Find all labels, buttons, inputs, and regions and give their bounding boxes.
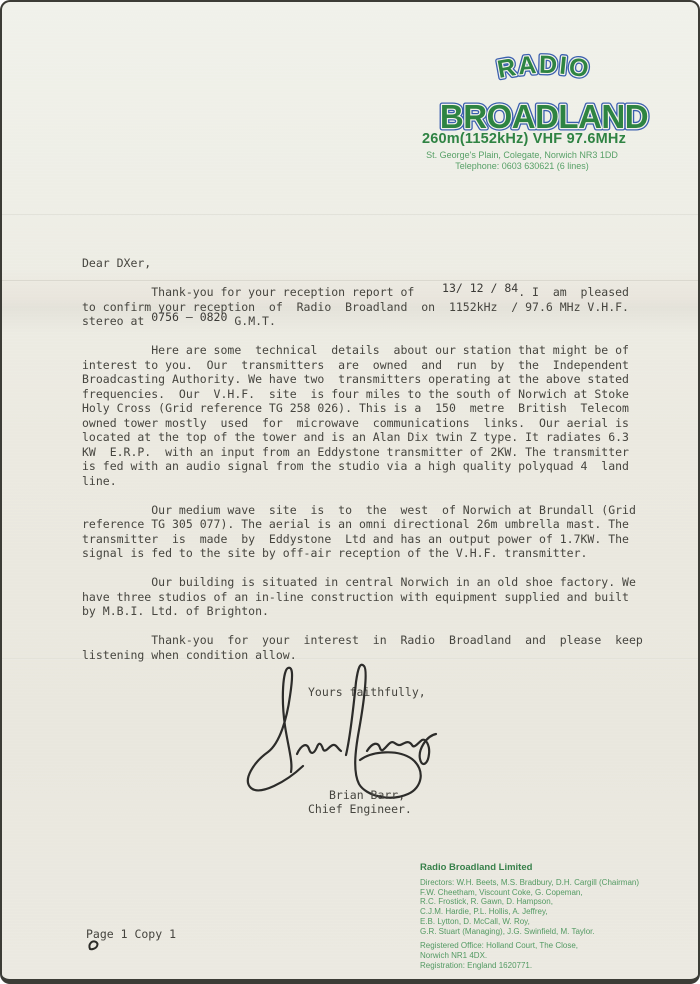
list-line: F.W. Cheetham, Viscount Coke, G. Copeman…: [420, 888, 685, 898]
pen-mark-icon: [87, 939, 101, 953]
list-line: G.R. Stuart (Managing), J.G. Swinfield, …: [420, 927, 685, 937]
typed-line: [82, 271, 643, 286]
typed-line: located at the top of the tower and is a…: [82, 430, 643, 445]
signer-name: Brian Barr,: [329, 788, 405, 802]
typed-line: Thank-you for your interest in Radio Bro…: [82, 633, 643, 648]
typed-line: signal is fed to the site by off-air rec…: [82, 546, 643, 561]
typed-fill-in: 0756 – 0820: [151, 310, 227, 324]
typed-line: [82, 488, 643, 503]
list-line: Directors: W.H. Beets, M.S. Bradbury, D.…: [420, 878, 685, 888]
signer-title: Chief Engineer.: [308, 802, 412, 816]
letter-page: RADIO BROADLAND RADIO BROADLAND RADIO BR…: [0, 0, 700, 984]
letter-body-text: Dear DXer, Thank-you for your reception …: [82, 256, 643, 662]
svg-text:BROADLAND: BROADLAND: [440, 98, 648, 135]
footer-registered-office: Registered Office: Holland Court, The Cl…: [420, 941, 685, 970]
list-line: E.B. Lytton, D. McCall, W. Roy,: [420, 917, 685, 927]
typed-line: frequencies. Our V.H.F. site is four mil…: [82, 387, 643, 402]
typed-line: Our building is situated in central Norw…: [82, 575, 643, 590]
typed-line: is fed with an audio signal from the stu…: [82, 459, 643, 474]
typed-segment: Thank-you for your reception report of: [82, 285, 442, 299]
typed-segment: stereo at: [82, 314, 151, 328]
typed-line: KW E.R.P. with an input from an Eddyston…: [82, 445, 643, 460]
station-address-line2: Telephone: 0603 630621 (6 lines): [382, 161, 662, 172]
list-line: C.J.M. Hardie, P.L. Hollis, A. Jeffrey,: [420, 907, 685, 917]
list-line: R.C. Frostick, R. Gawn, D. Hampson,: [420, 897, 685, 907]
footer-company-name: Radio Broadland Limited: [420, 862, 685, 873]
typed-segment: . I am pleased: [518, 285, 629, 299]
typed-line: Holy Cross (Grid reference TG 258 026). …: [82, 401, 643, 416]
typed-line: [82, 329, 643, 344]
footer-company-block: Radio Broadland Limited Directors: W.H. …: [420, 862, 685, 970]
svg-text:RADIO: RADIO: [495, 51, 593, 84]
typed-line: reference TG 305 077). The aerial is an …: [82, 517, 643, 532]
typed-line: transmitter is made by Eddystone Ltd and…: [82, 532, 643, 547]
typed-line: interest to you. Our transmitters are ow…: [82, 358, 643, 373]
typed-line: Thank-you for your reception report of 1…: [82, 285, 643, 300]
list-line: Registered Office: Holland Court, The Cl…: [420, 941, 685, 951]
closing-valediction: Yours faithfully,: [308, 685, 426, 699]
typed-line: stereo at 0756 – 0820 G.M.T.: [82, 314, 643, 329]
typed-line: Here are some technical details about ou…: [82, 343, 643, 358]
footer-directors-list: Directors: W.H. Beets, M.S. Bradbury, D.…: [420, 878, 685, 936]
list-line: Registration: England 1620771.: [420, 961, 685, 971]
typed-line: listening when condition allow.: [82, 648, 643, 663]
typed-line: Dear DXer,: [82, 256, 643, 271]
frequency-line: 260m(1152kHz) VHF 97.6MHz: [394, 131, 654, 147]
typed-line: [82, 561, 643, 576]
typed-segment: G.M.T.: [227, 314, 275, 328]
typed-line: by M.B.I. Ltd. of Brighton.: [82, 604, 643, 619]
station-address: St. George's Plain, Colegate, Norwich NR…: [382, 150, 662, 172]
typed-line: have three studios of an in-line constru…: [82, 590, 643, 605]
station-address-line1: St. George's Plain, Colegate, Norwich NR…: [382, 150, 662, 161]
fold-crease-top: [2, 214, 698, 216]
typed-line: line.: [82, 474, 643, 489]
typed-line: Our medium wave site is to the west of N…: [82, 503, 643, 518]
typed-line: owned tower mostly used for microwave co…: [82, 416, 643, 431]
typed-line: [82, 619, 643, 634]
typed-fill-in: 13/ 12 / 84: [442, 281, 518, 295]
typed-line: Broadcasting Authority. We have two tran…: [82, 372, 643, 387]
list-line: Norwich NR1 4DX.: [420, 951, 685, 961]
